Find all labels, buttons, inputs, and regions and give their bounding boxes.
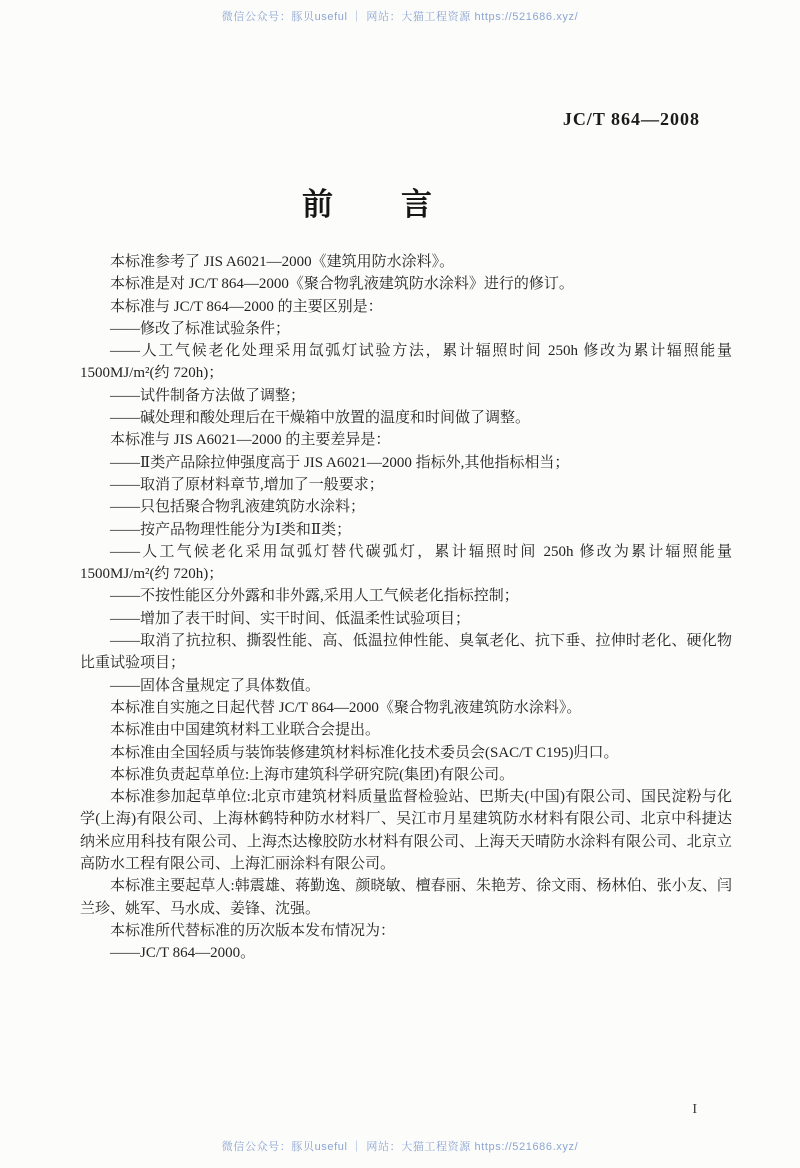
page-number: I <box>692 1102 697 1118</box>
scanned-document-page: 微信公众号：豚贝useful ｜ 网站：大猫工程资源 https://52168… <box>0 0 800 1168</box>
foreword-paragraph: 本标准是对 JC/T 864—2000《聚合物乳液建筑防水涂料》进行的修订。 <box>80 273 732 295</box>
foreword-paragraph: 本标准所代替标准的历次版本发布情况为： <box>80 920 732 942</box>
foreword-body: 本标准参考了 JIS A6021—2000《建筑用防水涂料》。 本标准是对 JC… <box>80 251 732 965</box>
foreword-paragraph: 本标准与 JIS A6021—2000 的主要差异是： <box>80 429 732 451</box>
foreword-paragraph: ——JC/T 864—2000。 <box>80 942 732 964</box>
foreword-paragraph: ——碱处理和酸处理后在干燥箱中放置的温度和时间做了调整。 <box>80 407 732 429</box>
foreword-paragraph: 本标准由全国轻质与装饰装修建筑材料标准化技术委员会(SAC/T C195)归口。 <box>80 742 732 764</box>
foreword-paragraph: 本标准与 JC/T 864—2000 的主要区别是： <box>80 296 732 318</box>
foreword-paragraph: ——修改了标准试验条件； <box>80 318 732 340</box>
watermark-top: 微信公众号：豚贝useful ｜ 网站：大猫工程资源 https://52168… <box>0 8 800 24</box>
foreword-title: 前 言 <box>46 179 690 224</box>
foreword-paragraph: ——增加了表干时间、实干时间、低温柔性试验项目； <box>80 608 732 630</box>
watermark-bottom: 微信公众号：豚贝useful ｜ 网站：大猫工程资源 https://52168… <box>0 1138 800 1154</box>
foreword-paragraph: 本标准由中国建筑材料工业联合会提出。 <box>80 719 732 741</box>
foreword-paragraph: ——Ⅱ类产品除拉伸强度高于 JIS A6021—2000 指标外,其他指标相当； <box>80 452 732 474</box>
foreword-paragraph: ——人工气候老化采用氙弧灯替代碳弧灯，累计辐照时间 250h 修改为累计辐照能量… <box>80 541 732 586</box>
foreword-paragraph: ——试件制备方法做了调整； <box>80 385 732 407</box>
foreword-paragraph: 本标准负责起草单位:上海市建筑科学研究院(集团)有限公司。 <box>80 764 732 786</box>
foreword-paragraph: 本标准主要起草人:韩震雄、蒋勤逸、颜晓敏、檀春丽、朱艳芳、徐文雨、杨林伯、张小友… <box>80 875 732 920</box>
foreword-paragraph: 本标准自实施之日起代替 JC/T 864—2000《聚合物乳液建筑防水涂料》。 <box>80 697 732 719</box>
foreword-paragraph: ——只包括聚合物乳液建筑防水涂料； <box>80 496 732 518</box>
standard-code: JC/T 864—2008 <box>563 109 700 130</box>
foreword-paragraph: 本标准参加起草单位:北京市建筑材料质量监督检验站、巴斯夫(中国)有限公司、国民淀… <box>80 786 732 875</box>
foreword-paragraph: ——取消了原材料章节,增加了一般要求； <box>80 474 732 496</box>
foreword-paragraph: ——按产品物理性能分为Ⅰ类和Ⅱ类； <box>80 519 732 541</box>
foreword-paragraph: ——不按性能区分外露和非外露,采用人工气候老化指标控制； <box>80 585 732 607</box>
foreword-paragraph: ——固体含量规定了具体数值。 <box>80 675 732 697</box>
foreword-paragraph: ——取消了抗拉积、撕裂性能、高、低温拉伸性能、臭氧老化、抗下垂、拉伸时老化、硬化… <box>80 630 732 675</box>
foreword-paragraph: ——人工气候老化处理采用氙弧灯试验方法，累计辐照时间 250h 修改为累计辐照能… <box>80 340 732 385</box>
foreword-paragraph: 本标准参考了 JIS A6021—2000《建筑用防水涂料》。 <box>80 251 732 273</box>
